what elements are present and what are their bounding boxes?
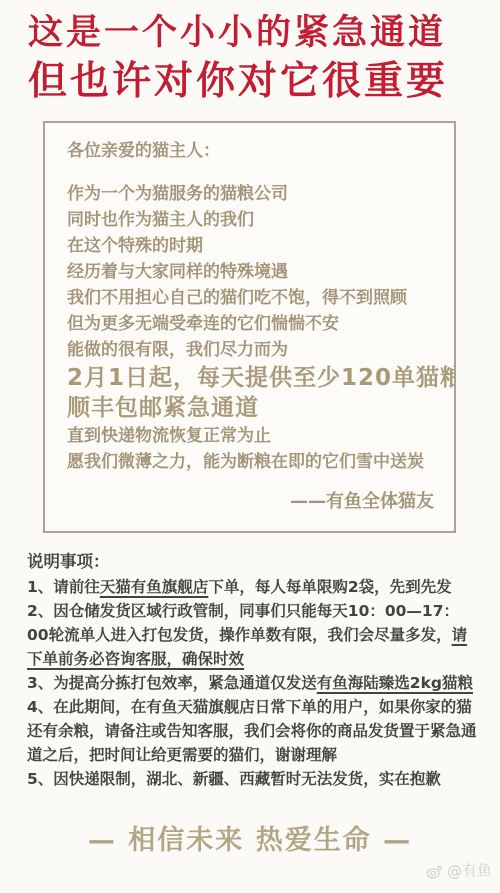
note-underlined-text: 天猫有鱼旗舰店	[100, 578, 209, 596]
note-item-1: 1、请前往天猫有鱼旗舰店下单，每人每单限购2袋，先到先发	[27, 575, 477, 599]
letter-line: 我们不用担心自己的猫们吃不饱，得不到照顾	[67, 285, 438, 311]
note-text: 2、因仓储发货区域行政管制，同事们只能每天10：00—17：00轮流单人进入打包…	[27, 602, 459, 644]
letter-line: 直到快递物流恢复正常为止	[67, 423, 438, 449]
footer-slogan: — 相信未来 热爱生命 —	[0, 818, 500, 857]
headline-line-2: 但也许对你对它很重要	[28, 57, 490, 108]
announcement-poster: 这是一个小小的紧急通道 但也许对你对它很重要 各位亲爱的猫主人： 作为一个为猫服…	[0, 0, 500, 893]
notes-heading: 说明事项：	[27, 549, 477, 574]
letter-line: 同时也作为猫主人的我们	[67, 207, 438, 233]
letter-line: 在这个特殊的时期	[67, 233, 438, 259]
letter-signature: ——有鱼全体猫友	[67, 489, 438, 515]
note-item-3: 3、为提高分拣打包效率，紧急通道仅发送有鱼海陆臻选2kg猫粮	[27, 671, 477, 695]
note-text: 下单，每人每单限购2袋，先到先发	[208, 578, 451, 596]
note-item-5: 5、因快递限制，湖北、新疆、西藏暂时无法发货，实在抱歉	[27, 767, 477, 791]
letter-line: 但为更多无端受牵连的它们惴惴不安	[67, 311, 438, 337]
letter-box: 各位亲爱的猫主人： 作为一个为猫服务的猫粮公司 同时也作为猫主人的我们 在这个特…	[43, 121, 456, 533]
letter-line-emphasis: 顺丰包邮紧急通道	[67, 393, 438, 423]
note-item-4: 4、在此期间，在有鱼天猫旗舰店日常下单的用户，如果你家的猫还有余粮，请备注或告知…	[27, 695, 477, 767]
letter-line: 愿我们微薄之力，能为断粮在即的它们雪中送炭	[67, 449, 438, 475]
note-item-2: 2、因仓储发货区域行政管制，同事们只能每天10：00—17：00轮流单人进入打包…	[27, 599, 477, 671]
letter-line: 经历着与大家同样的特殊境遇	[67, 259, 438, 285]
note-text: 3、为提高分拣打包效率，紧急通道仅发送	[27, 674, 317, 692]
poster-header: 这是一个小小的紧急通道 但也许对你对它很重要	[28, 10, 490, 108]
letter-salutation: 各位亲爱的猫主人：	[67, 138, 438, 164]
watermark-text: @有鱼	[447, 859, 493, 882]
notes-section: 说明事项： 1、请前往天猫有鱼旗舰店下单，每人每单限购2袋，先到先发 2、因仓储…	[27, 549, 477, 791]
note-text: 4、在此期间，在有鱼天猫旗舰店日常下单的用户，如果你家的猫还有余粮，请备注或告知…	[27, 698, 477, 764]
note-text: 5、因快递限制，湖北、新疆、西藏暂时无法发货，实在抱歉	[27, 770, 441, 788]
note-text: 1、请前往	[27, 578, 100, 596]
note-underlined-text: 有鱼海陆臻选2kg猫粮	[317, 674, 473, 692]
weibo-watermark: @有鱼	[426, 859, 493, 882]
weibo-icon	[426, 864, 445, 880]
letter-line: 作为一个为猫服务的猫粮公司	[67, 181, 438, 207]
letter-line: 能做的很有限，我们尽力而为	[67, 337, 438, 363]
letter-line-emphasis: 2月1日起，每天提供至少120单猫粮	[67, 363, 438, 393]
headline-line-1: 这是一个小小的紧急通道	[28, 10, 490, 56]
